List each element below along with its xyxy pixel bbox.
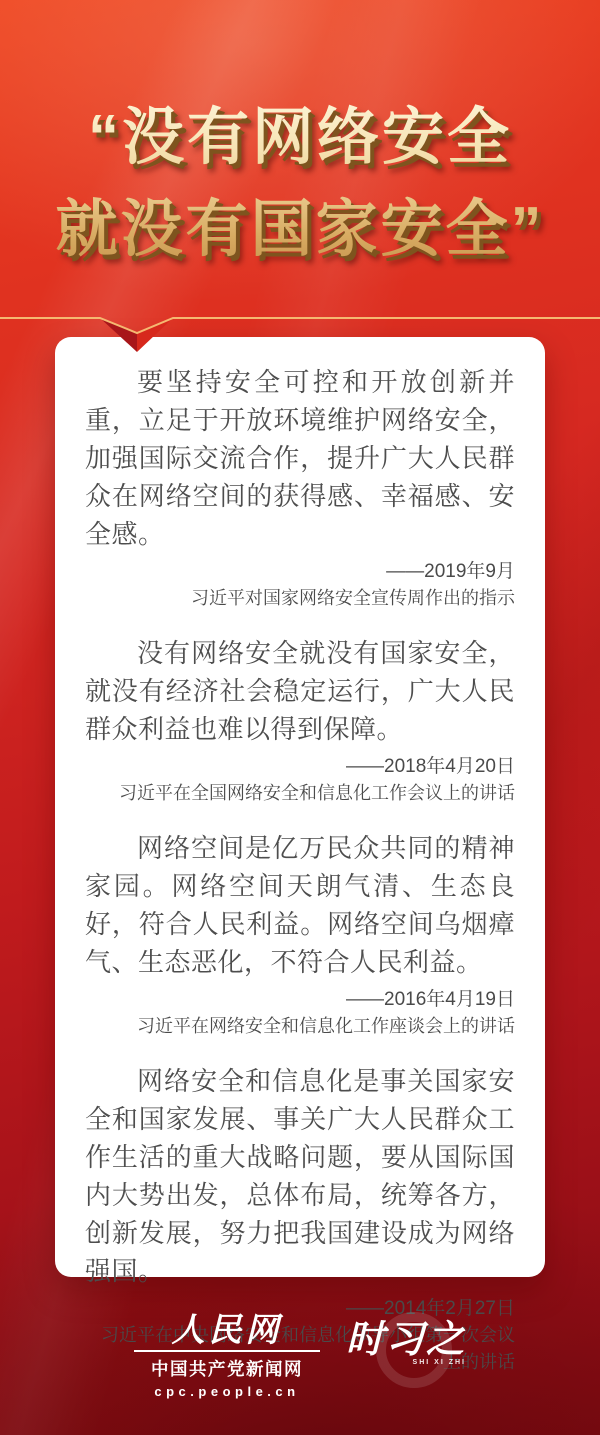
ribbon-left-facet: [100, 318, 137, 352]
quote-block-3: 网络空间是亿万民众共同的精神家园。网络空间天朗气清、生态良好，符合人民利益。网络…: [85, 829, 515, 1040]
gold-line-ribbon-decor: [0, 300, 600, 390]
shixizhi-pinyin: SHI XI ZHI: [346, 1359, 466, 1366]
footer-logos: 人民网 中国共产党新闻网 cpc.people.cn 时习之 SHI XI ZH…: [0, 1312, 600, 1399]
title-line1: “没有网络安全: [0, 92, 600, 184]
quote-source: 习近平对国家网络安全宣传周作出的指示: [85, 585, 515, 612]
quote-source: 习近平在全国网络安全和信息化工作会议上的讲话: [85, 780, 515, 807]
quote-block-1: 要坚持安全可控和开放创新并重，立足于开放环境维护网络安全，加强国际交流合作，提升…: [85, 363, 515, 612]
title-front-layer: “没有网络安全 就没有国家安全”: [0, 92, 600, 276]
quote-card: 要坚持安全可控和开放创新并重，立足于开放环境维护网络安全，加强国际交流合作，提升…: [55, 337, 545, 1277]
quote-date: ——2019年9月: [85, 558, 515, 585]
quote-text: 网络安全和信息化是事关国家安全和国家发展、事关广大人民群众工作生活的重大战略问题…: [85, 1062, 515, 1290]
shixizhi-logo: 时习之 SHI XI ZHI: [346, 1312, 466, 1366]
title-line2: 就没有国家安全”: [0, 184, 600, 276]
people-net-script-logo: 人民网: [134, 1312, 320, 1352]
quote-text: 要坚持安全可控和开放创新并重，立足于开放环境维护网络安全，加强国际交流合作，提升…: [85, 363, 515, 553]
people-daily-logo: 人民网 中国共产党新闻网 cpc.people.cn: [134, 1312, 320, 1399]
gold-divider-line: [0, 318, 600, 333]
quote-date: ——2018年4月20日: [85, 753, 515, 780]
quote-date: ——2016年4月19日: [85, 986, 515, 1013]
quote-text: 没有网络安全就没有国家安全，就没有经济社会稳定运行，广大人民群众利益也难以得到保…: [85, 634, 515, 748]
quote-block-2: 没有网络安全就没有国家安全，就没有经济社会稳定运行，广大人民群众利益也难以得到保…: [85, 634, 515, 807]
quote-source: 习近平在网络安全和信息化工作座谈会上的讲话: [85, 1013, 515, 1040]
cpc-news-site-name: 中国共产党新闻网: [134, 1356, 320, 1381]
shixizhi-wordmark: 时习之: [346, 1320, 466, 1360]
poster-root: “没有网络安全 就没有国家安全” “没有网络安全 就没有国家安全” 要坚持安全可…: [0, 0, 600, 1435]
ribbon-right-facet: [137, 318, 173, 352]
cpc-site-url: cpc.people.cn: [134, 1384, 320, 1399]
quote-text: 网络空间是亿万民众共同的精神家园。网络空间天朗气清、生态良好，符合人民利益。网络…: [85, 829, 515, 981]
poster-title: “没有网络安全 就没有国家安全” “没有网络安全 就没有国家安全”: [0, 92, 600, 302]
